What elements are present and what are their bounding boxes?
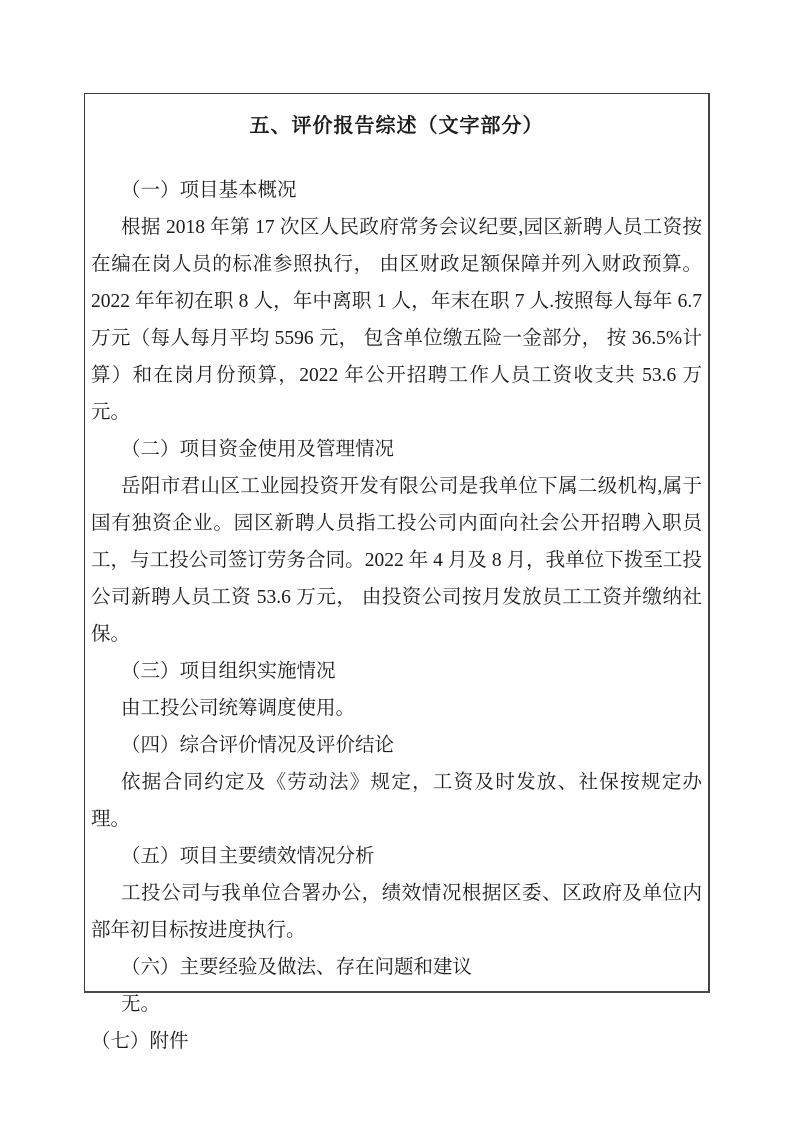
section-4-body: 依据合同约定及《劳动法》规定，工资及时发放、社保按规定办理。 xyxy=(91,764,702,838)
section-4-heading: （四）综合评价情况及评价结论 xyxy=(91,727,702,764)
section-3-body: 由工投公司统筹调度使用。 xyxy=(91,690,702,727)
section-6-body: 无。 xyxy=(91,986,702,1023)
section-5-body: 工投公司与我单位合署办公，绩效情况根据区委、区政府及单位内部年初目标按进度执行。 xyxy=(91,875,702,949)
section-2-heading: （二）项目资金使用及管理情况 xyxy=(91,431,702,468)
section-1-heading: （一）项目基本概况 xyxy=(91,172,702,209)
document-page: 五、评价报告综述（文字部分） （一）项目基本概况 根据 2018 年第 17 次… xyxy=(0,0,793,1122)
section-7-heading: （七）附件 xyxy=(91,1023,702,1060)
page-title: 五、评价报告综述（文字部分） xyxy=(91,108,702,145)
section-3-heading: （三）项目组织实施情况 xyxy=(91,653,702,690)
section-6-heading: （六）主要经验及做法、存在问题和建议 xyxy=(91,949,702,986)
report-frame: 五、评价报告综述（文字部分） （一）项目基本概况 根据 2018 年第 17 次… xyxy=(84,93,710,993)
section-2-body: 岳阳市君山区工业园投资开发有限公司是我单位下属二级机构,属于国有独资企业。园区新… xyxy=(91,468,702,653)
section-5-heading: （五）项目主要绩效情况分析 xyxy=(91,838,702,875)
section-1-body: 根据 2018 年第 17 次区人民政府常务会议纪要,园区新聘人员工资按在编在岗… xyxy=(91,209,702,431)
